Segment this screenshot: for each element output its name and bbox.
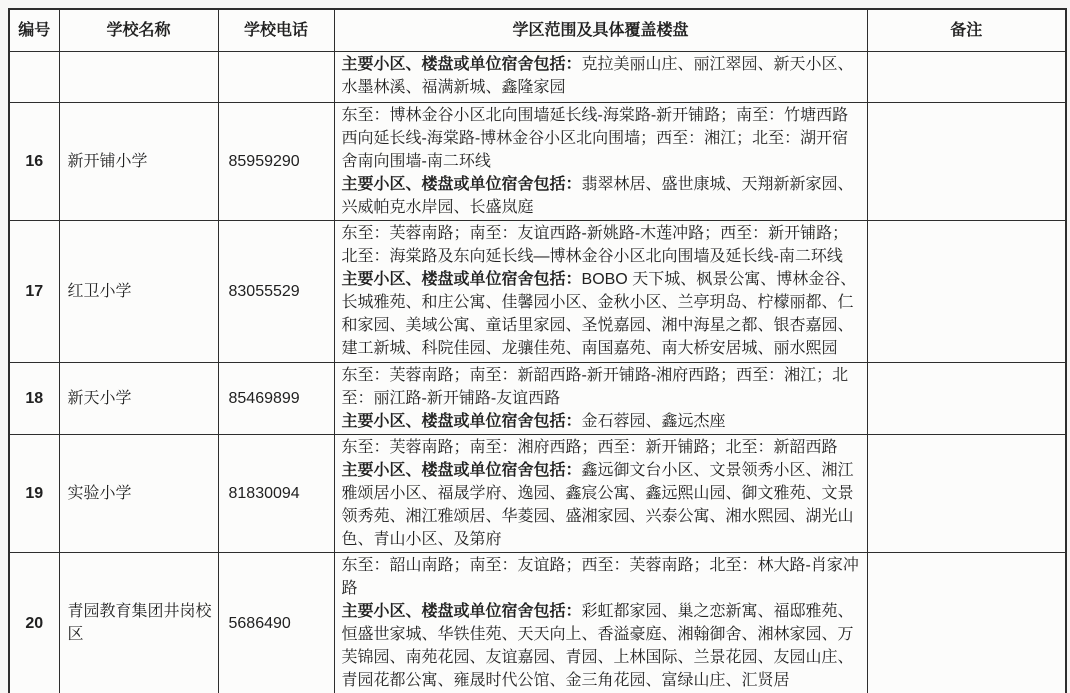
- district-segment: 东至：韶山南路；南至：友谊路；西至：芙蓉南路；北至：林大路-肖家冲路: [342, 554, 862, 600]
- col-header-school-phone: 学校电话: [218, 9, 334, 52]
- table-row: 20青园教育集团井岗校区5686490东至：韶山南路；南至：友谊路；西至：芙蓉南…: [9, 553, 1066, 693]
- school-name-cell: 新开铺小学: [59, 103, 218, 221]
- school-name-cell: 实验小学: [59, 435, 218, 553]
- school-phone-cell: 81830094: [218, 435, 334, 553]
- row-number-cell: 18: [9, 363, 59, 435]
- district-segment: 主要小区、楼盘或单位宿舍包括：彩虹都家园、巢之恋新寓、福邸雅苑、恒盛世家城、华铁…: [342, 600, 862, 692]
- school-name-cell: 红卫小学: [59, 221, 218, 363]
- row-number-cell: 16: [9, 103, 59, 221]
- district-range-cell: 东至：韶山南路；南至：友谊路；西至：芙蓉南路；北至：林大路-肖家冲路主要小区、楼…: [334, 553, 867, 693]
- district-segment-label: 主要小区、楼盘或单位宿舍包括：: [342, 413, 582, 430]
- school-phone-cell: 85469899: [218, 363, 334, 435]
- table-row: 18新天小学85469899东至：芙蓉南路；南至：新韶西路-新开铺路-湘府西路；…: [9, 363, 1066, 435]
- remark-cell: [867, 553, 1066, 693]
- col-header-remark: 备注: [867, 9, 1066, 52]
- col-header-id: 编号: [9, 9, 59, 52]
- remark-cell: [867, 52, 1066, 103]
- district-segment-label: 主要小区、楼盘或单位宿舍包括：: [342, 176, 582, 193]
- page: 编号 学校名称 学校电话 学区范围及具体覆盖楼盘 备注 主要小区、楼盘或单位宿舍…: [0, 0, 1070, 693]
- remark-cell: [867, 363, 1066, 435]
- school-district-table: 编号 学校名称 学校电话 学区范围及具体覆盖楼盘 备注 主要小区、楼盘或单位宿舍…: [8, 8, 1067, 693]
- school-phone-cell: 83055529: [218, 221, 334, 363]
- district-segment-label: 主要小区、楼盘或单位宿舍包括：: [342, 56, 582, 73]
- school-phone-cell: 85959290: [218, 103, 334, 221]
- table-row: 19实验小学81830094东至：芙蓉南路；南至：湘府西路；西至：新开铺路；北至…: [9, 435, 1066, 553]
- table-body: 主要小区、楼盘或单位宿舍包括：克拉美丽山庄、丽江翠园、新天小区、水墨林溪、福满新…: [9, 52, 1066, 693]
- remark-cell: [867, 221, 1066, 363]
- col-header-district-range: 学区范围及具体覆盖楼盘: [334, 9, 867, 52]
- school-phone-cell: 5686490: [218, 553, 334, 693]
- table-row: 16新开铺小学85959290东至：博林金谷小区北向围墙延长线-海棠路-新开铺路…: [9, 103, 1066, 221]
- school-phone-cell: [218, 52, 334, 103]
- district-segment: 东至：博林金谷小区北向围墙延长线-海棠路-新开铺路；南至：竹塘西路西向延长线-海…: [342, 104, 862, 173]
- district-segment-label: 主要小区、楼盘或单位宿舍包括：: [342, 271, 582, 288]
- district-segment-label: 主要小区、楼盘或单位宿舍包括：: [342, 603, 582, 620]
- school-name-cell: 新天小学: [59, 363, 218, 435]
- row-number-cell: 19: [9, 435, 59, 553]
- remark-cell: [867, 103, 1066, 221]
- district-range-cell: 东至：芙蓉南路；南至：友谊西路-新姚路-木莲冲路；西至：新开铺路；北至：海棠路及…: [334, 221, 867, 363]
- district-segment: 东至：芙蓉南路；南至：友谊西路-新姚路-木莲冲路；西至：新开铺路；北至：海棠路及…: [342, 222, 862, 268]
- remark-cell: [867, 435, 1066, 553]
- district-segment: 主要小区、楼盘或单位宿舍包括：克拉美丽山庄、丽江翠园、新天小区、水墨林溪、福满新…: [342, 53, 862, 99]
- school-name-cell: [59, 52, 218, 103]
- district-segment: 主要小区、楼盘或单位宿舍包括：鑫远御文台小区、文景领秀小区、湘江雅颂居小区、福晟…: [342, 459, 862, 551]
- district-range-cell: 东至：芙蓉南路；南至：新韶西路-新开铺路-湘府西路；西至：湘江；北至：丽江路-新…: [334, 363, 867, 435]
- school-name-cell: 青园教育集团井岗校区: [59, 553, 218, 693]
- district-range-cell: 主要小区、楼盘或单位宿舍包括：克拉美丽山庄、丽江翠园、新天小区、水墨林溪、福满新…: [334, 52, 867, 103]
- district-segment: 主要小区、楼盘或单位宿舍包括：翡翠林居、盛世康城、天翔新新家园、兴威帕克水岸园、…: [342, 173, 862, 219]
- district-segment: 东至：芙蓉南路；南至：新韶西路-新开铺路-湘府西路；西至：湘江；北至：丽江路-新…: [342, 364, 862, 410]
- table-row: 17红卫小学83055529东至：芙蓉南路；南至：友谊西路-新姚路-木莲冲路；西…: [9, 221, 1066, 363]
- table-row: 主要小区、楼盘或单位宿舍包括：克拉美丽山庄、丽江翠园、新天小区、水墨林溪、福满新…: [9, 52, 1066, 103]
- district-range-cell: 东至：芙蓉南路；南至：湘府西路；西至：新开铺路；北至：新韶西路主要小区、楼盘或单…: [334, 435, 867, 553]
- row-number-cell: 17: [9, 221, 59, 363]
- row-number-cell: 20: [9, 553, 59, 693]
- district-segment: 主要小区、楼盘或单位宿舍包括：金石蓉园、鑫远杰座: [342, 410, 862, 433]
- district-segment: 东至：芙蓉南路；南至：湘府西路；西至：新开铺路；北至：新韶西路: [342, 436, 862, 459]
- col-header-school-name: 学校名称: [59, 9, 218, 52]
- district-range-cell: 东至：博林金谷小区北向围墙延长线-海棠路-新开铺路；南至：竹塘西路西向延长线-海…: [334, 103, 867, 221]
- row-number-cell: [9, 52, 59, 103]
- header-row: 编号 学校名称 学校电话 学区范围及具体覆盖楼盘 备注: [9, 9, 1066, 52]
- district-segment-label: 主要小区、楼盘或单位宿舍包括：: [342, 462, 582, 479]
- district-segment: 主要小区、楼盘或单位宿舍包括：BOBO 天下城、枫景公寓、博林金谷、长城雅苑、和…: [342, 268, 862, 360]
